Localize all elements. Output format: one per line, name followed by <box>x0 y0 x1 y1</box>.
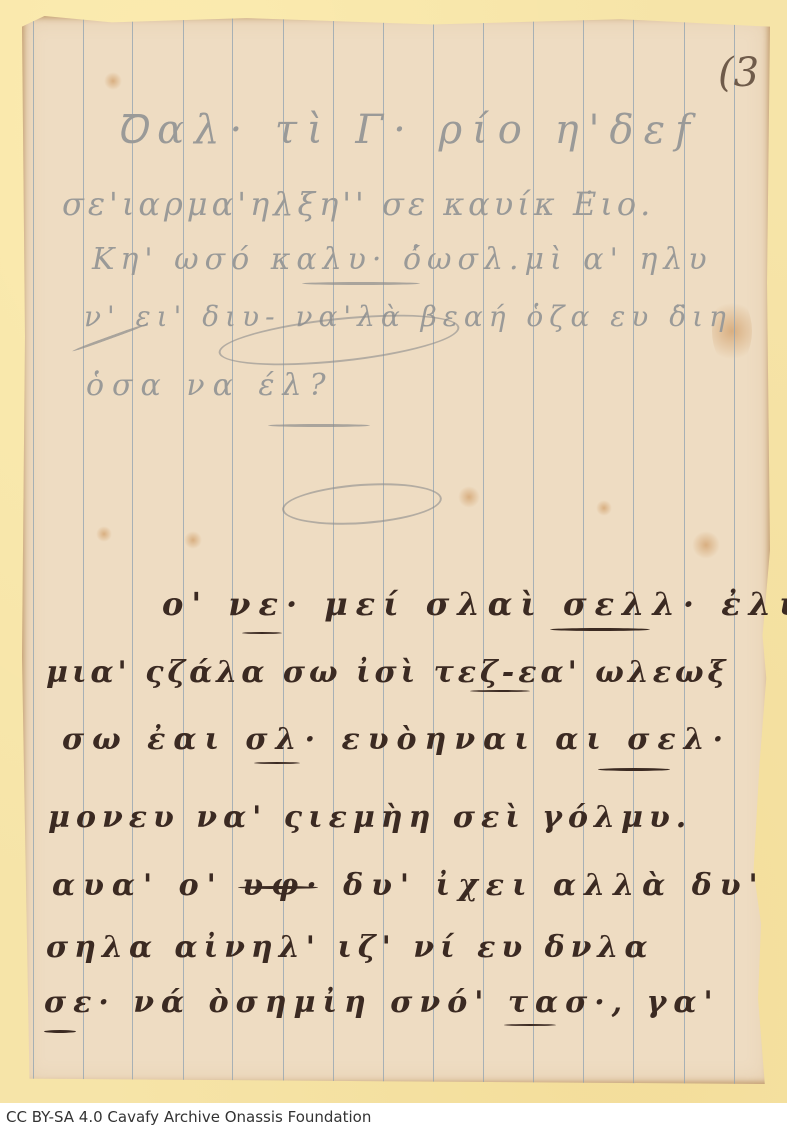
page-number: (3 <box>718 50 759 96</box>
ink-underline <box>254 762 300 764</box>
ruled-line <box>533 16 534 1084</box>
ruled-line <box>483 16 484 1084</box>
ruled-line <box>283 16 284 1084</box>
ink-underline <box>504 1024 556 1026</box>
manuscript-page <box>22 16 770 1084</box>
foxing-stain <box>458 486 480 508</box>
ink-line-5: αυα' ο' υφ· δυ' ἰχει αλλὰ δυ' <box>52 868 766 903</box>
ink-underline <box>242 632 282 634</box>
ruled-line <box>132 16 133 1084</box>
ink-underline <box>470 690 530 692</box>
foxing-stain <box>692 531 720 559</box>
scanned-manuscript: (3 Ꝺαλ· τὶ Γ· ρίο η'δεf σε'ιαρμα'ηλξη'' … <box>0 0 787 1103</box>
ruled-line <box>232 16 233 1084</box>
pencil-line-5: ὁσα να έλ? <box>86 368 334 403</box>
ruled-line <box>583 16 584 1084</box>
ink-line-1: ο' νε· μεί σλαὶ σελλ· ἐλυ <box>162 585 787 623</box>
ink-line-7: σε· νά ὸσημἰη σνό' τασ·, γα' <box>44 985 720 1020</box>
license-credit: CC BY-SA 4.0 Cavafy Archive Onassis Foun… <box>6 1108 371 1126</box>
pencil-line-1: Ꝺαλ· τὶ Γ· ρίο η'δεf <box>116 100 700 155</box>
pencil-line-3: Κη' ωσό καλυ· ό̔ωσλ.μὶ α' ηλυ <box>92 242 713 277</box>
ink-underline <box>44 1030 76 1033</box>
pencil-underline <box>268 424 370 427</box>
ink-line-2: μια' ςζάλα σω ἰσὶ τεζ-εα' ωλεωξ <box>46 655 729 690</box>
ruled-line <box>83 16 84 1084</box>
ink-underline <box>550 628 650 631</box>
ink-line-4: μονευ να' ςιεμὴη σεὶ γόλμυ. <box>48 800 692 835</box>
ruled-line <box>383 16 384 1084</box>
pencil-underline <box>302 282 420 285</box>
foxing-stain <box>184 531 202 549</box>
ruled-line <box>183 16 184 1084</box>
ruled-line <box>633 16 634 1084</box>
foxing-stain <box>96 526 112 542</box>
ruled-line <box>734 16 735 1084</box>
ink-underline <box>598 768 670 771</box>
foxing-stain <box>596 500 612 516</box>
ink-line-3: σω ἐαι σλ· ευὸηναι αι σελ· <box>62 722 731 757</box>
ink-line-6: σηλα αἰνηλ' ιζ' νί ευ δνλα <box>46 930 654 965</box>
ink-underline <box>238 886 318 889</box>
ruled-line <box>684 16 685 1084</box>
foxing-stain <box>104 72 122 90</box>
ruled-line <box>33 16 34 1084</box>
pencil-line-2: σε'ιαρμα'ηλξη'' σε καυίκ Ε̇ιο. <box>62 185 654 223</box>
ruled-line <box>333 16 334 1084</box>
ruled-line <box>433 16 434 1084</box>
